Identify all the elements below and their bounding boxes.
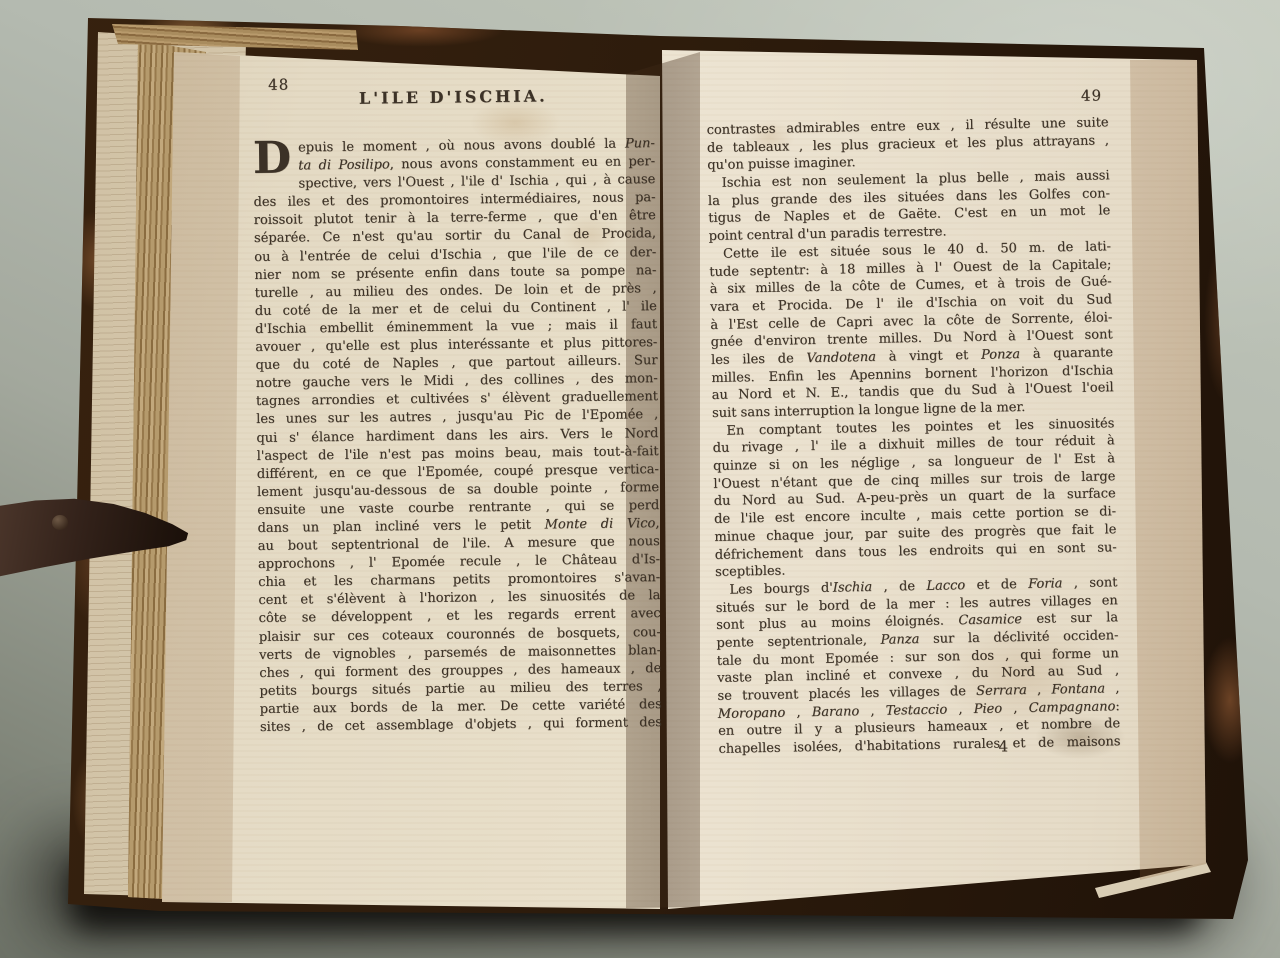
paragraph: Cette ile est située sous le 40 d. 50 m.… bbox=[709, 238, 1114, 423]
paragraph: Depuis le moment , où nous avons doublé … bbox=[253, 135, 662, 737]
signature-mark: 4 bbox=[998, 737, 1008, 755]
right-page-text-column: 49 contrastes admirables entre eux , il … bbox=[706, 90, 1121, 758]
paragraph: contrastes admirables entre eux , il rés… bbox=[706, 114, 1109, 175]
paragraph: En comptant toutes les pointes et les si… bbox=[712, 415, 1117, 582]
left-page-header: 48 L'ILE D'ISCHIA. bbox=[252, 71, 655, 140]
drop-cap: D bbox=[253, 139, 299, 178]
strap-stud bbox=[52, 515, 68, 530]
photo-of-open-book: 48 L'ILE D'ISCHIA. Depuis le moment , où… bbox=[0, 0, 1280, 958]
left-page-text-column: 48 L'ILE D'ISCHIA. Depuis le moment , où… bbox=[252, 71, 662, 737]
running-title: L'ILE D'ISCHIA. bbox=[252, 85, 654, 109]
page-number-49: 49 bbox=[1081, 86, 1102, 104]
left-page-body: Depuis le moment , où nous avons doublé … bbox=[253, 135, 662, 737]
paragraph: Les bourgs d'Ischia , de Lacco et de For… bbox=[715, 574, 1120, 759]
paragraph: Ischia est non seulement la plus belle ,… bbox=[707, 167, 1110, 245]
right-page-body: contrastes admirables entre eux , il rés… bbox=[706, 114, 1120, 758]
